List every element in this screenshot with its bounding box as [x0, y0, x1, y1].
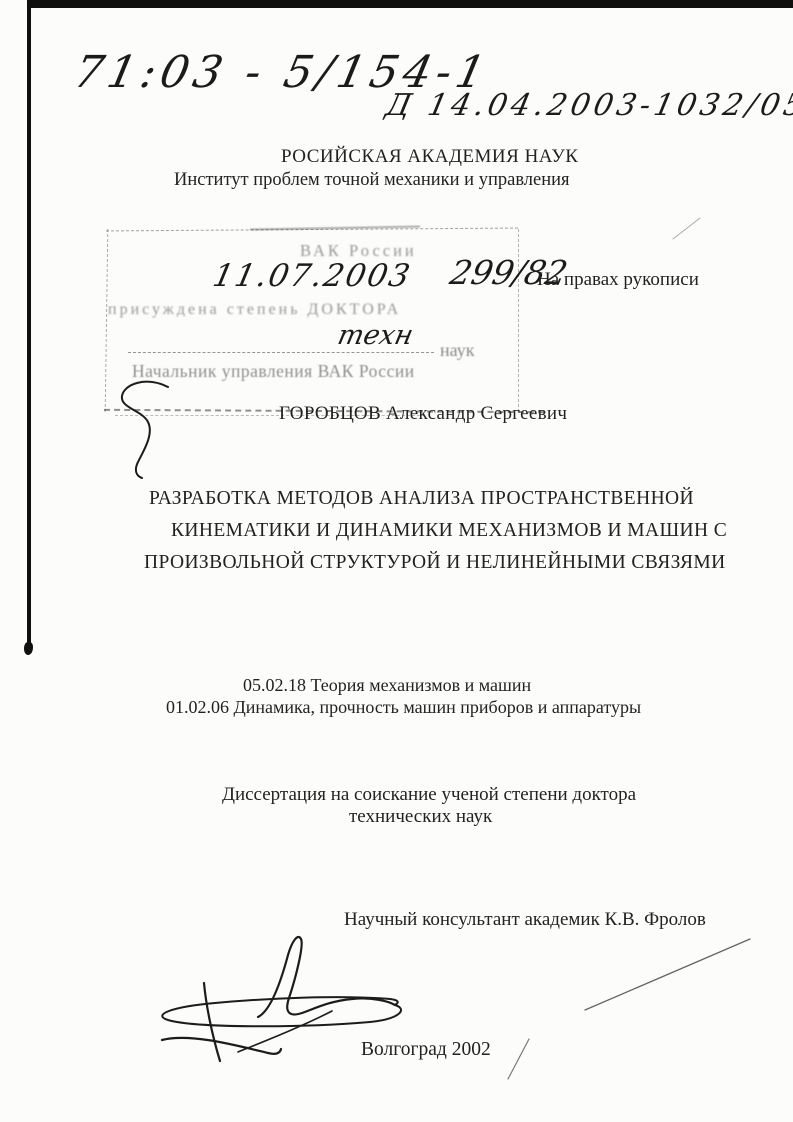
specialty-code-2: 01.02.06 Динамика, прочность машин прибо… [166, 698, 641, 717]
stamp-nauk-word: наук [440, 341, 474, 360]
pen-tick-mark [670, 214, 704, 242]
pen-diagonal-stroke [580, 933, 755, 1015]
specialty-code-1: 05.02.18 Теория механизмов и машин [243, 676, 531, 695]
city-year: Волгоград 2002 [361, 1040, 491, 1060]
dissertation-title-page: 71:03 - 5/154-1 Д 14.04.2003-1032/05 РОС… [0, 0, 793, 1122]
dissertation-title-line2: КИНЕМАТИКИ И ДИНАМИКИ МЕХАНИЗМОВ И МАШИН… [171, 521, 727, 541]
stamp-degree-line: присуждена степень ДОКТОРА [108, 302, 401, 319]
incoming-number-handwritten: Д 14.04.2003-1032/05 [383, 90, 793, 122]
dissertation-title-line3: ПРОИЗВОЛЬНОЙ СТРУКТУРОЙ И НЕЛИНЕЙНЫМИ СВ… [144, 553, 726, 573]
dissertation-title-line1: РАЗРАБОТКА МЕТОДОВ АНАЛИЗА ПРОСТРАНСТВЕН… [149, 489, 694, 509]
author-name: ГОРОБЦОВ Александр Сергеевич [279, 404, 567, 424]
institute-subtitle: Институт проблем точной механики и управ… [174, 171, 570, 190]
stamp-field-handwritten: техн [335, 322, 416, 350]
pen-mark-year [503, 1036, 533, 1082]
degree-statement-line2: технических наук [349, 807, 492, 827]
academy-title: РОСИЙСКАЯ АКАДЕМИЯ НАУК [281, 147, 578, 167]
stamp-dotted-rule [128, 352, 434, 353]
stamp-date-handwritten: 11.07.2003 [210, 260, 414, 293]
stamp-top-line: ВАК России [300, 242, 417, 259]
scan-edge-top [31, 0, 793, 8]
scan-edge-left [27, 0, 31, 648]
pen-squiggle [98, 372, 188, 482]
scan-edge-left-end [24, 642, 33, 655]
manuscript-note: На правах рукописи [537, 270, 699, 290]
degree-statement-line1: Диссертация на соискание ученой степени … [222, 785, 636, 805]
